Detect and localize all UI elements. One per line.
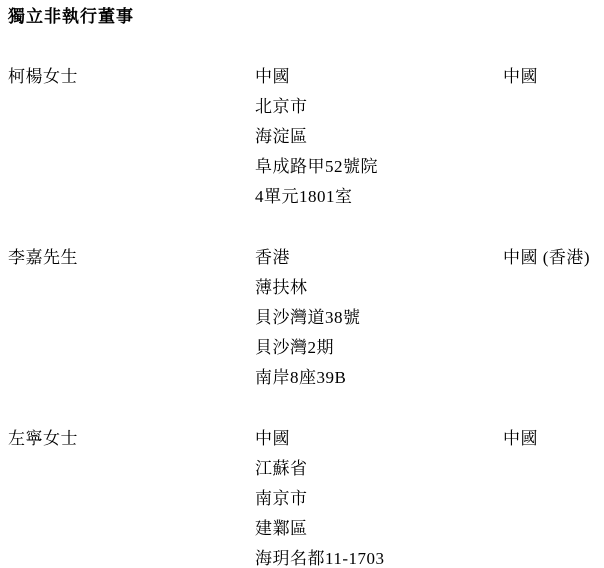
address-line: 建鄴區 (255, 514, 503, 544)
address-line: 海玥名都11-1703 (255, 544, 503, 568)
document-page: 獨立非執行董事 柯楊女士 中國 北京市 海淀區 阜成路甲52號院 4單元1801… (0, 0, 604, 568)
address-line: 貝沙灣道38號 (255, 303, 503, 333)
address-line: 南京市 (255, 484, 503, 514)
address-line: 南岸8座39B (255, 363, 503, 393)
address-line: 薄扶林 (255, 273, 503, 303)
director-row: 李嘉先生 香港 薄扶林 貝沙灣道38號 貝沙灣2期 南岸8座39B 中國 (香港… (8, 243, 596, 393)
address-line: 阜成路甲52號院 (255, 152, 503, 182)
address-line: 北京市 (255, 92, 503, 122)
address-line: 貝沙灣2期 (255, 333, 503, 363)
director-name: 左寧女士 (8, 424, 255, 454)
address-line: 江蘇省 (255, 454, 503, 484)
address-line: 4單元1801室 (255, 182, 503, 212)
director-nationality: 中國 (香港) (503, 243, 596, 273)
director-nationality: 中國 (503, 62, 596, 92)
director-row: 左寧女士 中國 江蘇省 南京市 建鄴區 海玥名都11-1703 中國 (8, 424, 596, 568)
director-address: 香港 薄扶林 貝沙灣道38號 貝沙灣2期 南岸8座39B (255, 243, 503, 393)
address-line: 香港 (255, 243, 503, 273)
address-line: 海淀區 (255, 122, 503, 152)
director-address: 中國 北京市 海淀區 阜成路甲52號院 4單元1801室 (255, 62, 503, 212)
director-nationality: 中國 (503, 424, 596, 454)
director-name: 李嘉先生 (8, 243, 255, 273)
address-line: 中國 (255, 424, 503, 454)
director-row: 柯楊女士 中國 北京市 海淀區 阜成路甲52號院 4單元1801室 中國 (8, 62, 596, 212)
address-line: 中國 (255, 62, 503, 92)
director-name: 柯楊女士 (8, 62, 255, 92)
section-title: 獨立非執行董事 (8, 6, 596, 28)
director-address: 中國 江蘇省 南京市 建鄴區 海玥名都11-1703 (255, 424, 503, 568)
